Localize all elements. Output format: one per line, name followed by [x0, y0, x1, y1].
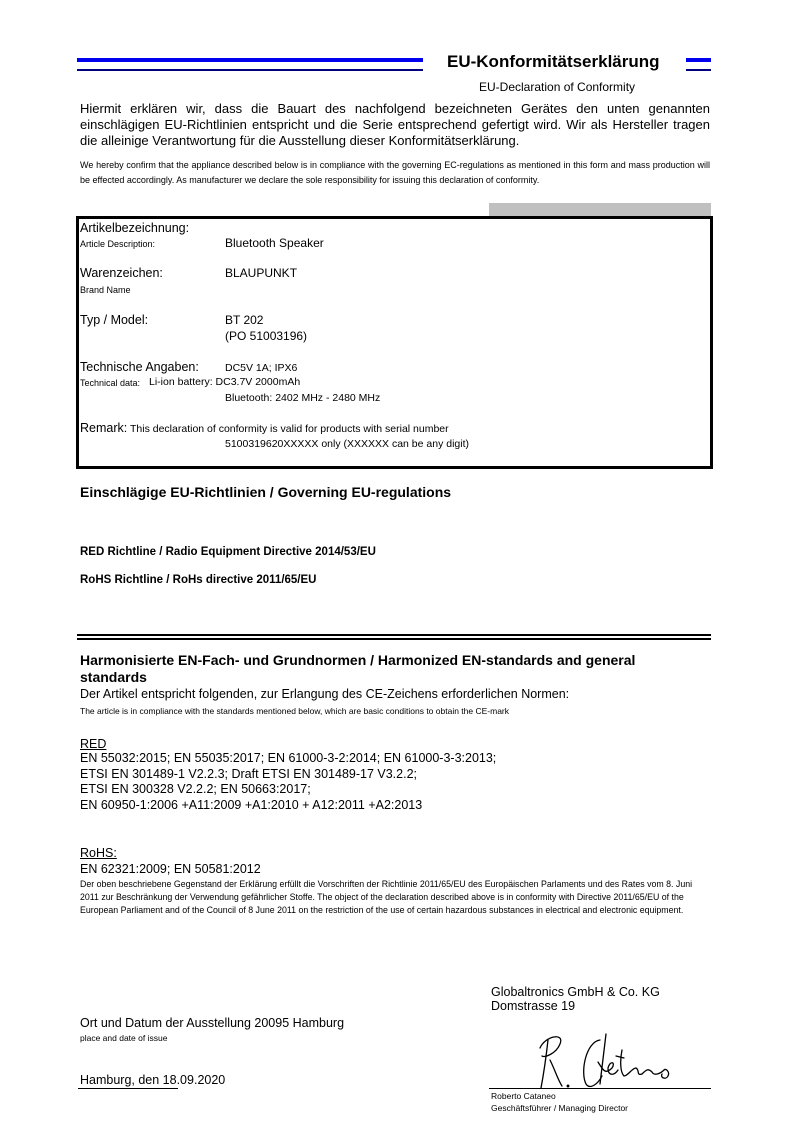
place-label-de: Ort und Datum der Ausstellung 20095 Hamb…	[80, 1016, 344, 1030]
technical-line-2: Li-ion battery: DC3.7V 2000mAh	[149, 376, 300, 388]
company-street: Domstrasse 19	[491, 999, 575, 1013]
red-standards-line-2: ETSI EN 301489-1 V2.2.3; Draft ETSI EN 3…	[80, 766, 417, 782]
section-rule-bottom	[77, 638, 711, 640]
signatory-name: Roberto Cataneo	[491, 1091, 556, 1101]
signature-rule	[489, 1088, 711, 1089]
remark-label: Remark:	[80, 421, 127, 435]
company-name: Globaltronics GmbH & Co. KG	[491, 985, 660, 999]
rohs-statement: Der oben beschriebene Gegenstand der Erk…	[80, 878, 712, 917]
red-standards-line-4: EN 60950-1:2006 +A11:2009 +A1:2010 + A12…	[80, 797, 422, 813]
technical-label-de: Technische Angaben:	[80, 360, 199, 374]
article-value: Bluetooth Speaker	[225, 236, 324, 250]
intro-english: We hereby confirm that the appliance des…	[80, 158, 710, 188]
remark-line-1: This declaration of conformity is valid …	[130, 423, 449, 435]
regulations-heading: Einschlägige EU-Richtlinien / Governing …	[80, 484, 451, 500]
article-label-de: Artikelbezeichnung:	[80, 221, 189, 235]
place-date-rule	[78, 1088, 178, 1089]
header-rule-left-thin	[77, 69, 423, 71]
document-subtitle: EU-Declaration of Conformity	[479, 80, 635, 94]
technical-label-en: Technical data:	[80, 378, 140, 388]
header-rule-right-thin	[686, 69, 711, 71]
rohs-standards-label: RoHS:	[80, 845, 117, 861]
model-po-number: (PO 51003196)	[225, 329, 307, 343]
document-title: EU-Konformitätserklärung	[447, 52, 660, 72]
section-rule-top	[77, 634, 711, 636]
rohs-standards-line: EN 62321:2009; EN 50581:2012	[80, 861, 261, 877]
brand-label-de: Warenzeichen:	[80, 266, 163, 280]
grey-header-bar	[489, 203, 711, 217]
brand-value: BLAUPUNKT	[225, 266, 297, 280]
intro-german: Hiermit erklären wir, dass die Bauart de…	[80, 101, 710, 149]
regulation-rohs: RoHS Richtline / RoHs directive 2011/65/…	[80, 574, 316, 586]
model-label: Typ / Model:	[80, 313, 148, 327]
place-date: Hamburg, den 18.09.2020	[80, 1073, 225, 1087]
standards-intro-de: Der Artikel entspricht folgenden, zur Er…	[80, 687, 569, 701]
standards-intro-en: The article is in compliance with the st…	[80, 706, 509, 716]
remark-line-2: 5100319620XXXXX only (XXXXXX can be any …	[225, 438, 469, 450]
article-label-en: Article Description:	[80, 239, 155, 249]
red-standards-line-3: ETSI EN 300328 V2.2.2; EN 50663:2017;	[80, 781, 311, 797]
model-value: BT 202	[225, 313, 263, 327]
technical-line-1: DC5V 1A; IPX6	[225, 362, 297, 374]
standards-heading: Harmonisierte EN-Fach- und Grundnormen /…	[80, 652, 640, 686]
place-label-en: place and date of issue	[80, 1033, 167, 1043]
technical-line-3: Bluetooth: 2402 MHz - 2480 MHz	[225, 392, 380, 404]
regulation-red: RED Richtline / Radio Equipment Directiv…	[80, 546, 376, 558]
header-rule-left-thick	[77, 58, 423, 62]
header-rule-right-thick	[686, 58, 711, 62]
signatory-title: Geschäftsführer / Managing Director	[491, 1103, 628, 1113]
red-standards-line-1: EN 55032:2015; EN 55035:2017; EN 61000-3…	[80, 750, 496, 766]
signature-icon	[520, 1028, 680, 1092]
brand-label-en: Brand Name	[80, 285, 131, 295]
